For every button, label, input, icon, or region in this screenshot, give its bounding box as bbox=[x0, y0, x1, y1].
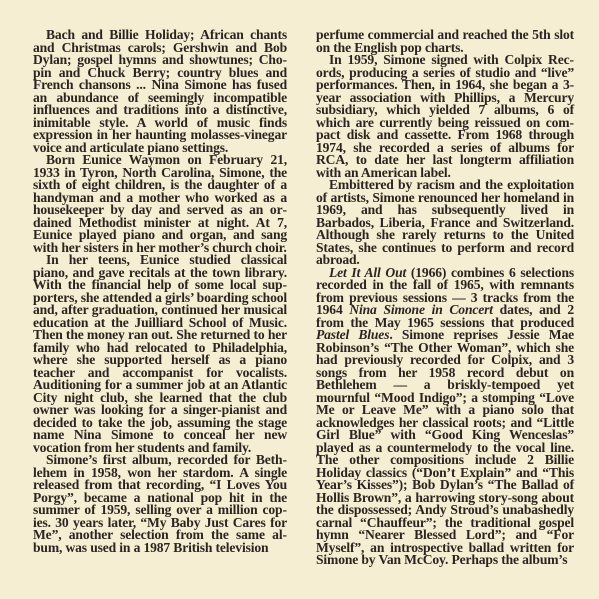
paragraph-let-it-all-out: Let It All Out (1966) combines 6 selec­t… bbox=[316, 267, 574, 567]
text-segment: . Simone re­prises Jessie Mae Robinson’s… bbox=[316, 327, 574, 567]
paragraph-teens: In her teens, Eunice studied classical p… bbox=[33, 254, 287, 454]
paragraph-intro: Bach and Billie Holiday; African chants … bbox=[33, 29, 287, 154]
paragraph-first-album: Simone’s first album, recorded for Beth­… bbox=[33, 454, 287, 554]
paragraph-birth: Born Eunice Waymon on February 21, 1933 … bbox=[33, 154, 287, 254]
paragraph-continuation: perfume commercial and reached the 5th s… bbox=[316, 29, 574, 54]
right-column: perfume commercial and reached the 5th s… bbox=[316, 29, 574, 567]
paragraph-colpix: In 1959, Simone signed with Colpix Rec­o… bbox=[316, 54, 574, 179]
paragraph-embittered: Embittered by racism and the exploita­ti… bbox=[316, 179, 574, 267]
liner-notes-page: Bach and Billie Holiday; African chants … bbox=[0, 0, 599, 599]
left-column: Bach and Billie Holiday; African chants … bbox=[33, 29, 287, 554]
